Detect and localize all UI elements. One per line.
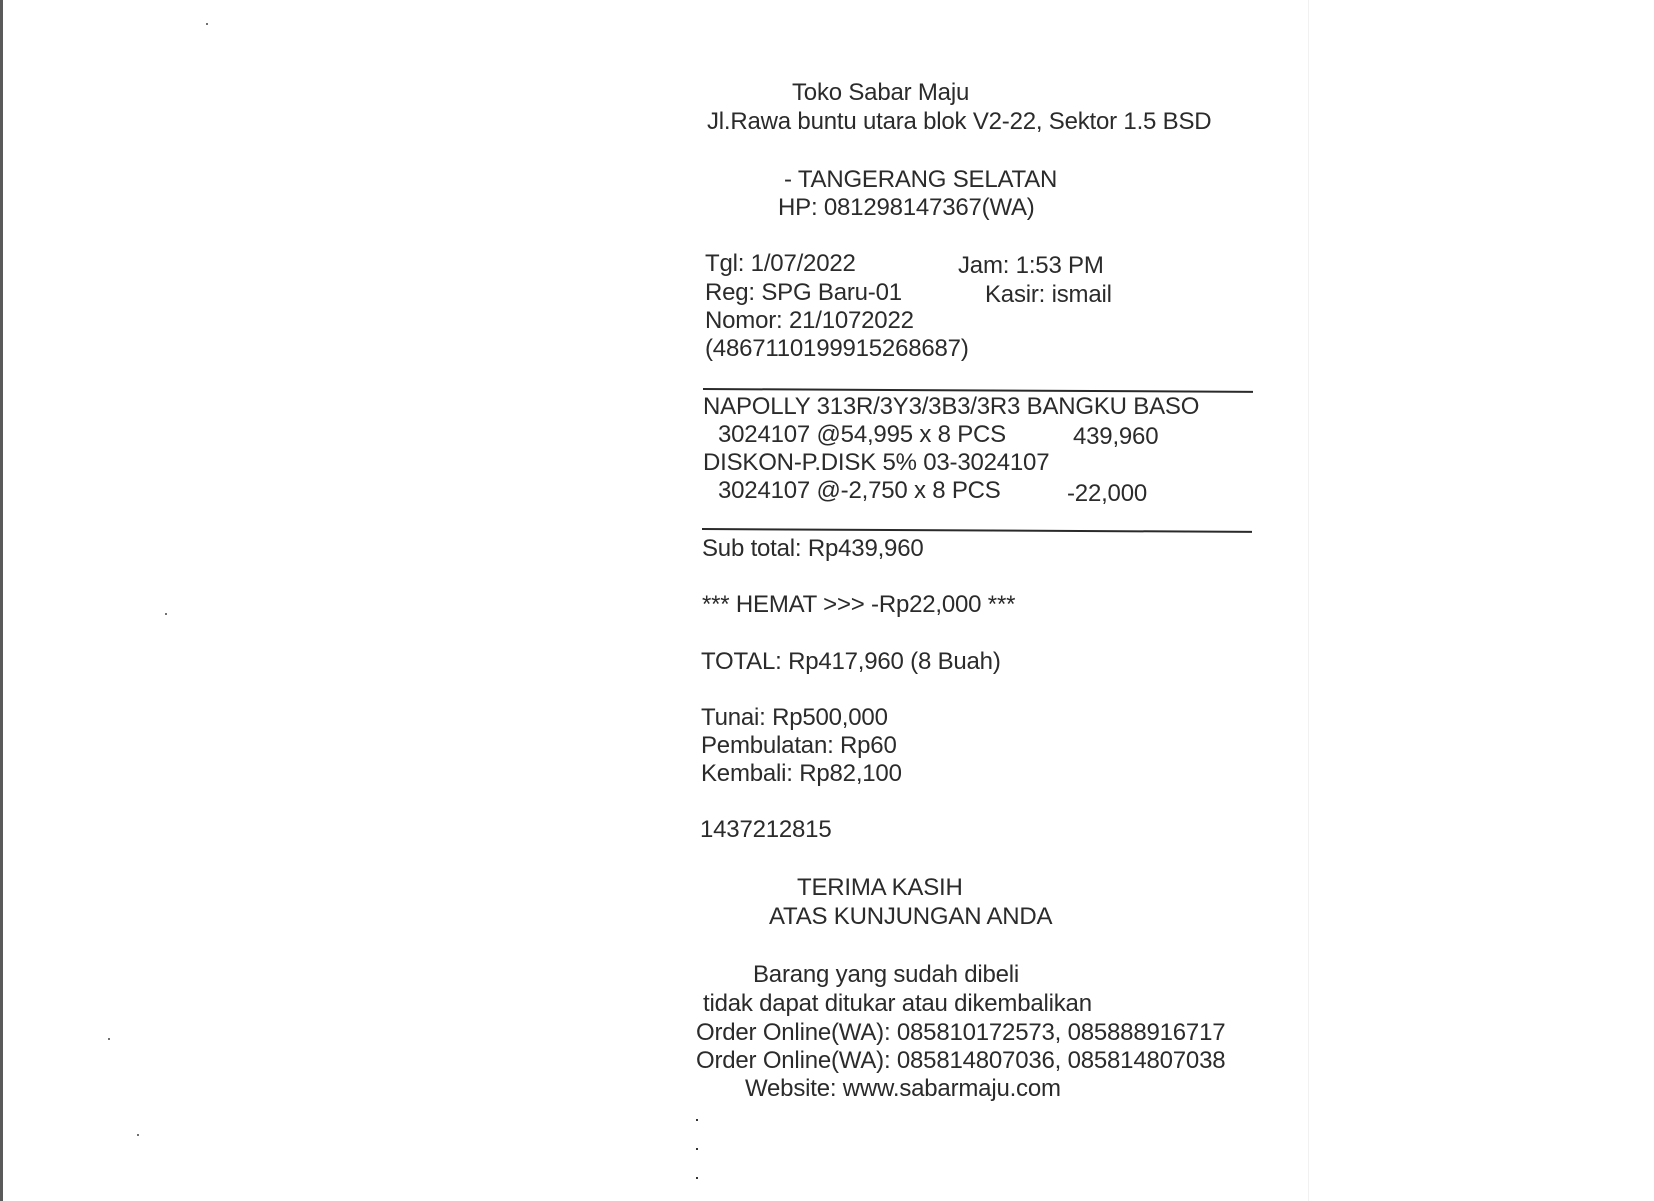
website: Website: www.sabarmaju.com — [745, 1075, 1061, 1103]
reference-code: 1437212815 — [700, 816, 831, 844]
receipt-cashier: Kasir: ismail — [985, 281, 1112, 309]
discount-description: DISKON-P.DISK 5% 03-3024107 — [703, 449, 1049, 477]
receipt-number: Nomor: 21/1072022 — [705, 307, 914, 335]
item-amount: 439,960 — [1073, 423, 1158, 451]
transaction-id: (4867110199915268687) — [705, 335, 969, 363]
policy-line2: tidak dapat ditukar atau dikembalikan — [703, 990, 1092, 1018]
store-address-line2: - TANGERANG SELATAN — [784, 166, 1057, 194]
item-detail: 3024107 @54,995 x 8 PCS — [718, 421, 1006, 449]
order-online-2: Order Online(WA): 085814807036, 08581480… — [696, 1047, 1225, 1075]
receipt: Toko Sabar Maju Jl.Rawa buntu utara blok… — [0, 0, 1654, 1201]
store-phone: HP: 081298147367(WA) — [778, 194, 1035, 222]
receipt-register: Reg: SPG Baru-01 — [705, 279, 902, 307]
receipt-date: Tgl: 1/07/2022 — [705, 250, 856, 278]
policy-line1: Barang yang sudah dibeli — [753, 961, 1019, 989]
discount-detail: 3024107 @-2,750 x 8 PCS — [718, 477, 1001, 505]
rounding: Pembulatan: Rp60 — [701, 732, 897, 760]
divider — [702, 528, 1252, 533]
trailing-dot — [696, 1148, 698, 1150]
subtotal: Sub total: Rp439,960 — [702, 535, 924, 563]
item-description: NAPOLLY 313R/3Y3/3B3/3R3 BANGKU BASO — [703, 393, 1199, 421]
thanks-line2: ATAS KUNJUNGAN ANDA — [769, 903, 1052, 931]
total: TOTAL: Rp417,960 (8 Buah) — [701, 648, 1001, 676]
order-online-1: Order Online(WA): 085810172573, 08588891… — [696, 1019, 1225, 1047]
trailing-dot — [696, 1177, 698, 1179]
store-address-line1: Jl.Rawa buntu utara blok V2-22, Sektor 1… — [707, 108, 1211, 136]
store-name: Toko Sabar Maju — [792, 79, 969, 107]
trailing-dot — [696, 1119, 698, 1121]
cash-paid: Tunai: Rp500,000 — [701, 704, 888, 732]
thanks-line1: TERIMA KASIH — [797, 874, 963, 902]
receipt-time: Jam: 1:53 PM — [958, 252, 1104, 280]
savings: *** HEMAT >>> -Rp22,000 *** — [702, 591, 1015, 619]
discount-amount: -22,000 — [1067, 480, 1147, 508]
change: Kembali: Rp82,100 — [701, 760, 902, 788]
